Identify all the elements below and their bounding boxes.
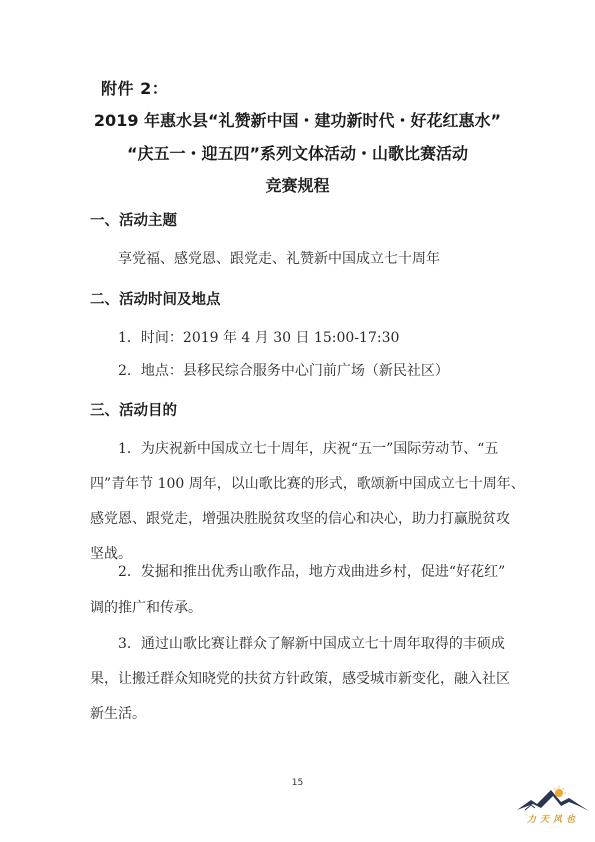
section-theme-text: 享党福、感党恩、跟党走、礼赞新中国成立七十周年	[118, 248, 440, 268]
section-heading-theme: 一、活动主题	[90, 209, 177, 230]
paragraph-line: 3．通过山歌比赛让群众了解新中国成立七十周年取得的丰硕成	[118, 633, 505, 653]
logo-text: 力天风也	[513, 812, 593, 825]
page-number: 15	[0, 778, 595, 788]
document-title-line-1: 2019 年惠水县“礼赞新中国・建功新时代・好花红惠水”	[0, 108, 595, 131]
time-item: 1．时间：2019 年 4 月 30 日 15:00-17:30	[118, 327, 399, 347]
watermark-logo: 力天风也 ······	[513, 784, 593, 834]
paragraph-line: 果，让搬迁群众知晓党的扶贫方针政策，感受城市新变化，融入社区	[90, 668, 510, 688]
place-item: 2．地点：县移民综合服务中心门前广场（新民社区）	[118, 360, 449, 380]
paragraph-line: 新生活。	[90, 703, 146, 723]
mountain-sun-logo-icon	[513, 784, 593, 814]
logo-subtext: ······	[513, 825, 593, 830]
paragraph-line: 1．为庆祝新中国成立七十周年，庆祝“五一”国际劳动节、“五	[118, 438, 498, 458]
attachment-label: 附件 2：	[101, 76, 168, 99]
paragraph-line: 2．发掘和推出优秀山歌作品，地方戏曲进乡村，促进“好花红”	[118, 561, 505, 581]
paragraph-line: 四”青年节 100 周年，以山歌比赛的形式，歌颂新中国成立七十周年、	[90, 473, 525, 493]
paragraph-line: 感党恩、跟党走，增强决胜脱贫攻坚的信心和决心，助力打赢脱贫攻	[90, 508, 510, 528]
section-heading-purpose: 三、活动目的	[90, 399, 177, 420]
paragraph-line: 坚战。	[90, 543, 132, 563]
paragraph-line: 调的推广和传承。	[90, 597, 202, 617]
document-title-line-2: “庆五一・迎五四”系列文体活动・山歌比赛活动	[0, 141, 595, 164]
section-heading-time-place: 二、活动时间及地点	[90, 288, 221, 309]
document-title-line-3: 竞赛规程	[0, 173, 595, 196]
